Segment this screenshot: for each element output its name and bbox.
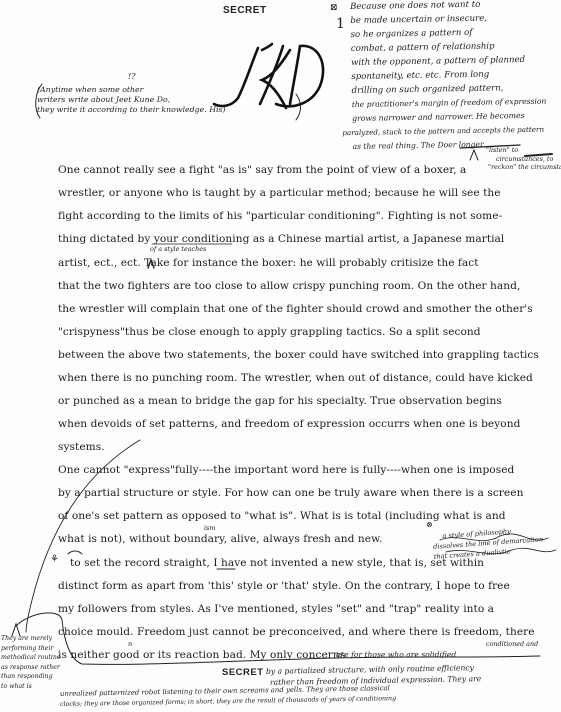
note-line: performing their [1, 644, 61, 654]
handwritten-after-concerns: are for those who are solidified [336, 650, 456, 659]
typed-line: that the two fighters are too close to a… [58, 280, 520, 292]
note-line: "reckon" the circumstances [488, 163, 561, 172]
handwritten-note-left-margin: They are merely performing their methodi… [1, 634, 61, 691]
note-line: than responding [1, 672, 61, 682]
document-page: SECRET !? (Anytime when some other write… [0, 0, 561, 712]
note-line: "listen" to [486, 146, 561, 155]
typed-line: what is not), without boundary, alive, a… [58, 533, 382, 545]
note-line: as response rather [1, 663, 61, 673]
note-line: methodical routine [1, 653, 61, 663]
typed-line: fight according to the limits of his "pa… [58, 210, 502, 222]
typed-line: thing dictated by your conditioning as a… [58, 233, 504, 245]
typed-line: artist, ect., ect. Take for instance the… [58, 257, 479, 269]
note-line: writers write about Jeet Kune Do, [37, 95, 226, 105]
note-line: circumstances, to [496, 155, 561, 164]
classification-stamp-bottom: SECRET [222, 667, 264, 678]
question-mark-note: !? [128, 72, 136, 81]
typed-line: my followers from styles. As I've mentio… [58, 603, 494, 615]
handwritten-neither-insert: n [128, 640, 132, 648]
typed-line: the wrestler will complain that one of t… [58, 303, 533, 315]
typed-line: between the above two statements, the bo… [58, 349, 539, 361]
handwritten-boundary-insert: ism [204, 524, 215, 532]
number-marker: 1 [336, 16, 345, 32]
handwritten-above-concerns: conditioned and [486, 640, 538, 648]
typed-line: or punched as a mean to bridge the gap f… [58, 395, 502, 407]
typed-line: when there is no punching room. The wres… [58, 372, 533, 384]
note-line: to what is [1, 682, 61, 692]
typed-line: One cannot really see a fight "as is" sa… [58, 164, 466, 176]
circle-x-marker: ⊗ [426, 520, 433, 529]
typed-line: choice mould. Freedom just cannot be pre… [58, 626, 535, 638]
typed-line: when devoids of set patterns, and freedo… [58, 418, 520, 430]
note-line: They are merely [1, 634, 61, 644]
box-marker: ⊠ [330, 3, 338, 13]
handwritten-note-top-left: (Anytime when some other writers write a… [37, 85, 226, 115]
typed-line: One cannot "express"fully----the importa… [58, 464, 514, 476]
note-line: they write it according to their knowled… [37, 105, 226, 115]
typed-line: "crispyness"thus be close enough to appl… [58, 326, 481, 338]
typed-line: to set the record straight, I have not i… [70, 557, 484, 569]
typed-line: of one's set pattern as opposed to "what… [58, 510, 506, 522]
paragraph-marker: ⚘ [50, 554, 59, 565]
classification-stamp-top: SECRET [223, 5, 267, 16]
note-line: (Anytime when some other [37, 85, 226, 95]
handwritten-note-top-right: Because one does not want to be made unc… [350, 0, 547, 154]
typed-line: by a partial structure or style. For how… [58, 487, 523, 499]
typed-line: distinct form as apart from 'this' style… [58, 580, 510, 592]
handwritten-note-boxer-margin: "listen" to circumstances, to "reckon" t… [486, 146, 561, 172]
handwritten-under-your: of a style teaches [150, 245, 206, 253]
typed-line: is neither good or its reaction bad. My … [58, 649, 345, 661]
typed-line: wrestler, or anyone who is taught by a p… [58, 187, 501, 199]
typed-line: systems. [58, 441, 105, 453]
